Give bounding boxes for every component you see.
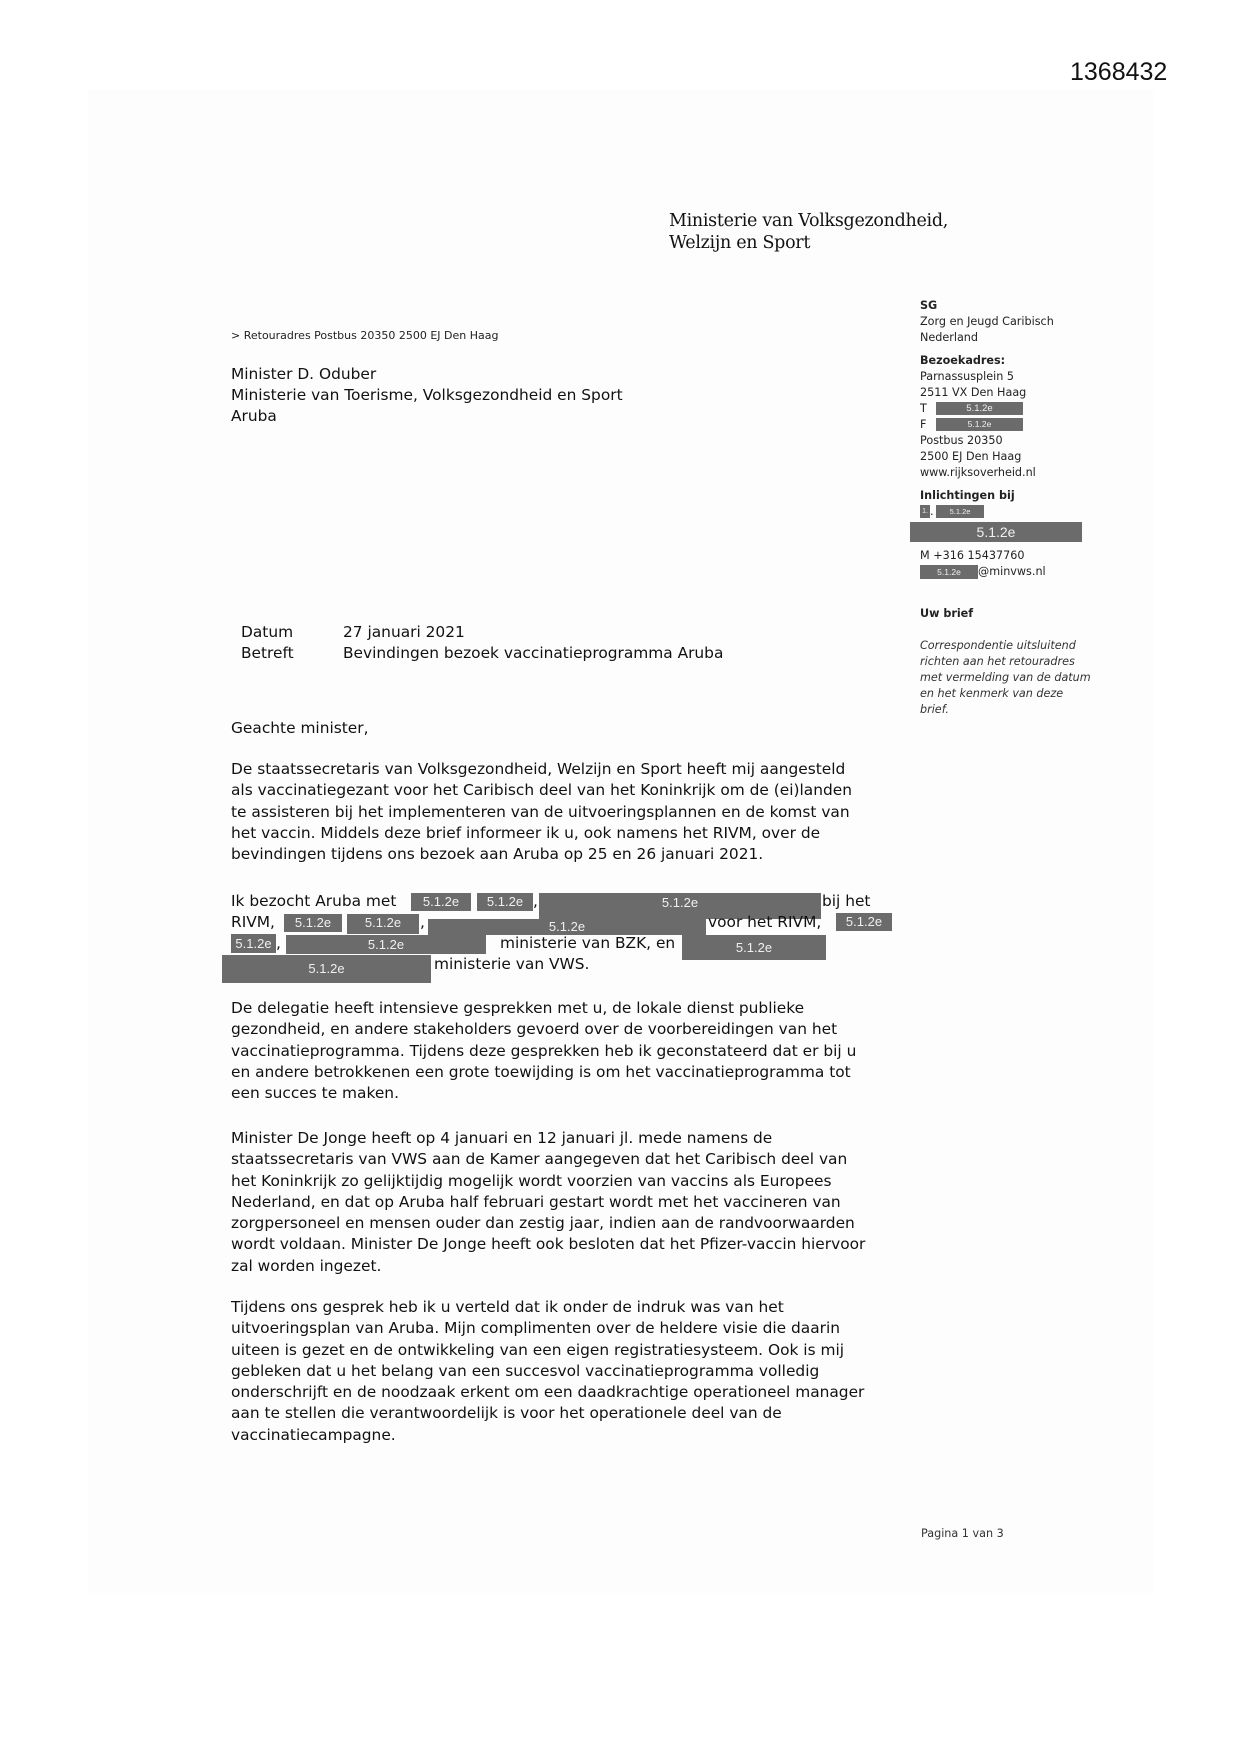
text-line: te assisteren bij het implementeren van … [231,802,911,823]
department-line: Zorg en Jeugd Caribisch [920,314,1120,330]
text-fragment: RIVM, [231,912,275,933]
text-line: vaccinatieprogramma. Tijdens deze gespre… [231,1041,911,1062]
letter-meta: Datum 27 januari 2021 Betreft Bevindinge… [241,622,723,664]
contact-function-redaction: 5.1.2e [910,522,1082,542]
text-line: De staatssecretaris van Volksgezondheid,… [231,759,911,780]
mobile-number: M +316 15437760 [920,548,1120,564]
text-line: en andere betrokkenen een grote toewijdi… [231,1062,911,1083]
text-fragment: , [420,912,425,933]
fax-row: F 5.1.2e [920,417,1120,433]
phone-label: T [920,402,927,415]
text-line: als vaccinatiegezant voor het Caribisch … [231,780,911,801]
redaction-box: 5.1.2e [231,934,276,953]
text-line: wordt voldaan. Minister De Jonge heeft o… [231,1234,911,1255]
note-line: richten aan het retouradres [920,654,1120,670]
subject-row: Betreft Bevindingen bezoek vaccinatiepro… [241,643,723,664]
text-line: het Koninkrijk zo gelijktijdig mogelijk … [231,1171,911,1192]
redaction-box: 5.1.2e [477,893,533,911]
date-label: Datum [241,622,343,643]
addressee-name: Minister D. Oduber [231,364,623,385]
text-line: vaccinatiecampagne. [231,1425,911,1446]
text-line: Minister De Jonge heeft op 4 januari en … [231,1128,911,1149]
email-row[interactable]: 5.1.2e @minvws.nl [920,564,1120,580]
text-line: een succes te maken. [231,1083,911,1104]
initial-redaction: 1. [920,505,930,518]
text-line: gezondheid, en andere stakeholders gevoe… [231,1019,911,1040]
redaction-box: 5.1.2e [284,914,342,932]
return-address: > Retouradres Postbus 20350 2500 EJ Den … [231,329,498,342]
visit-address-heading: Bezoekadres: [920,353,1120,369]
contact-function-row: 5.1.2e [920,520,1120,548]
text-fragment: , [533,891,538,912]
text-line: het vaccin. Middels deze brief informeer… [231,823,911,844]
paragraph-compliments: Tijdens ons gesprek heb ik u verteld dat… [231,1297,911,1446]
text-line: uitvoeringsplan van Aruba. Mijn complime… [231,1318,911,1339]
redaction-box: 5.1.2e [347,914,419,934]
phone-row: T 5.1.2e [920,401,1120,417]
ministry-line: Welzijn en Sport [669,232,948,254]
email-user-redaction: 5.1.2e [920,565,978,579]
date-row: Datum 27 januari 2021 [241,622,723,643]
department-line: Nederland [920,330,1120,346]
correspondence-note: Correspondentie uitsluitend richten aan … [920,638,1120,718]
paragraph-vaccine-plan: Minister De Jonge heeft op 4 januari en … [231,1128,911,1277]
contact-name-redaction: 5.1.2e [936,505,984,518]
salutation: Geachte minister, [231,719,368,737]
paragraph-appointment: De staatssecretaris van Volksgezondheid,… [231,759,911,865]
note-line: brief. [920,702,1120,718]
postal-line: Postbus 20350 [920,433,1120,449]
contact-name-row: 1. . 5.1.2e [920,504,1120,520]
text-fragment: , [276,933,281,954]
text-fragment: ministerie van VWS. [434,954,589,975]
your-letter-heading: Uw brief [920,606,1120,622]
text-line: gebleken dat u het belang van een succes… [231,1361,911,1382]
redaction-box: 5.1.2e [222,955,431,983]
redaction-box: 5.1.2e [836,913,892,931]
text-line: aan te stellen die verantwoordelijk is v… [231,1403,911,1424]
website-link[interactable]: www.rijksoverheid.nl [920,465,1120,481]
note-line: met vermelding van de datum [920,670,1120,686]
text-line: onderschrijft en de noodzaak erkent om e… [231,1382,911,1403]
note-line: en het kenmerk van deze [920,686,1120,702]
paragraph-delegation: Ik bezocht Aruba met 5.1.2e 5.1.2e , 5.1… [231,891,911,981]
text-fragment: bij het [822,891,870,912]
addressee-block: Minister D. Oduber Ministerie van Toeris… [231,364,623,427]
email-domain: @minvws.nl [978,564,1046,580]
sender-sidebar: SG Zorg en Jeugd Caribisch Nederland Bez… [920,298,1120,718]
text-line: zorgpersoneel en mensen ouder dan zestig… [231,1213,911,1234]
phone-redaction: 5.1.2e [936,402,1023,415]
redaction-box: 5.1.2e [411,893,471,911]
document-id-number: 1368432 [1070,58,1167,87]
ministry-line: Ministerie van Volksgezondheid, [669,210,948,232]
subject-value: Bevindingen bezoek vaccinatieprogramma A… [343,643,723,664]
text-line: De delegatie heeft intensieve gesprekken… [231,998,911,1019]
postal-line: 2500 EJ Den Haag [920,449,1120,465]
page-indicator: Pagina 1 van 3 [921,1527,1004,1540]
addressee-organization: Ministerie van Toerisme, Volksgezondheid… [231,385,623,406]
addressee-location: Aruba [231,406,623,427]
info-heading: Inlichtingen bij [920,488,1120,504]
text-line: Nederland, en dat op Aruba half februari… [231,1192,911,1213]
date-value: 27 januari 2021 [343,622,465,643]
note-line: Correspondentie uitsluitend [920,638,1120,654]
text-line: bevindingen tijdens ons bezoek aan Aruba… [231,844,911,865]
department-code: SG [920,298,1120,314]
text-line: Tijdens ons gesprek heb ik u verteld dat… [231,1297,911,1318]
fax-label: F [920,418,926,431]
text-fragment: ministerie van BZK, en [500,933,675,954]
paragraph-conversations: De delegatie heeft intensieve gesprekken… [231,998,911,1104]
redaction-box: 5.1.2e [286,935,486,954]
visit-address-line: Parnassusplein 5 [920,369,1120,385]
text-fragment: Ik bezocht Aruba met [231,891,396,912]
redaction-box: 5.1.2e [682,935,826,960]
text-line: uiteen is gezet en de ontwikkeling van e… [231,1340,911,1361]
visit-address-line: 2511 VX Den Haag [920,385,1120,401]
ministry-logo-text: Ministerie van Volksgezondheid, Welzijn … [669,210,948,254]
text-line: staatssecretaris van VWS aan de Kamer aa… [231,1149,911,1170]
fax-redaction: 5.1.2e [936,418,1023,431]
text-fragment: voor het RIVM, [708,912,821,933]
subject-label: Betreft [241,643,343,664]
text-line: zal worden ingezet. [231,1256,911,1277]
